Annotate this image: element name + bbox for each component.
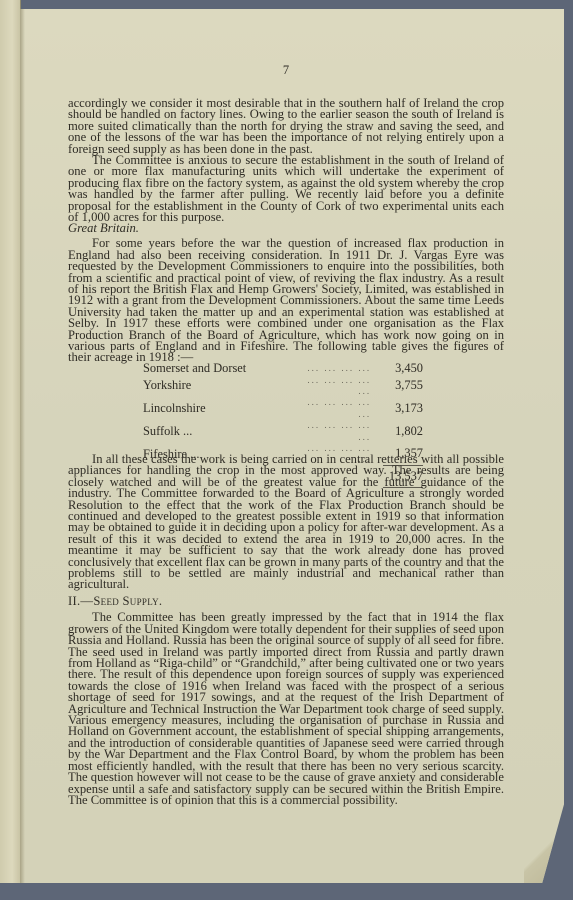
leader-dots: ... ... ... ...	[292, 363, 383, 375]
folded-corner	[524, 823, 564, 883]
paragraph-seed-supply: The Committee has been greatly impressed…	[68, 612, 504, 806]
retteries-section: In all these cases the work is being car…	[68, 454, 504, 591]
subheading-great-britain: Great Britain.	[68, 223, 504, 234]
acreage-value: 3,173	[383, 397, 423, 420]
leader-dots: ... ... ... ... ...	[292, 375, 383, 398]
table-row: Suffolk ... ... ... ... ... ... 1,802	[143, 420, 423, 443]
section-number: II.—	[68, 594, 93, 608]
county-name: Somerset and Dorset	[143, 363, 292, 375]
table-row: Yorkshire ... ... ... ... ... 3,755	[143, 375, 423, 398]
county-name: Suffolk ...	[143, 420, 292, 443]
intro-text-block: accordingly we consider it most desirabl…	[68, 98, 504, 223]
section-heading-seed-supply: II.—Seed Supply.	[68, 596, 504, 607]
county-name: Yorkshire	[143, 375, 292, 398]
acreage-value: 1,802	[383, 420, 423, 443]
seed-supply-section: II.—Seed Supply. The Committee has been …	[68, 596, 504, 806]
table-row: Lincolnshire ... ... ... ... ... 3,173	[143, 397, 423, 420]
leader-dots: ... ... ... ... ...	[292, 397, 383, 420]
section-title: Seed Supply.	[93, 594, 162, 608]
paragraph-england-flax-history: For some years before the war the questi…	[68, 238, 504, 363]
table-row: Somerset and Dorset ... ... ... ... 3,45…	[143, 363, 423, 375]
county-name: Lincolnshire	[143, 397, 292, 420]
acreage-value: 3,450	[383, 363, 423, 375]
paragraph-ireland-factory-lines: accordingly we consider it most desirabl…	[68, 98, 504, 155]
paragraph-committee-flax-units: The Committee is anxious to secure the e…	[68, 155, 504, 223]
adjacent-page-edge	[0, 0, 21, 883]
great-britain-section: Great Britain. For some years before the…	[68, 223, 504, 364]
paragraph-central-retteries: In all these cases the work is being car…	[68, 454, 504, 591]
acreage-value: 3,755	[383, 375, 423, 398]
leader-dots: ... ... ... ... ...	[292, 420, 383, 443]
page-number: 7	[68, 65, 504, 76]
